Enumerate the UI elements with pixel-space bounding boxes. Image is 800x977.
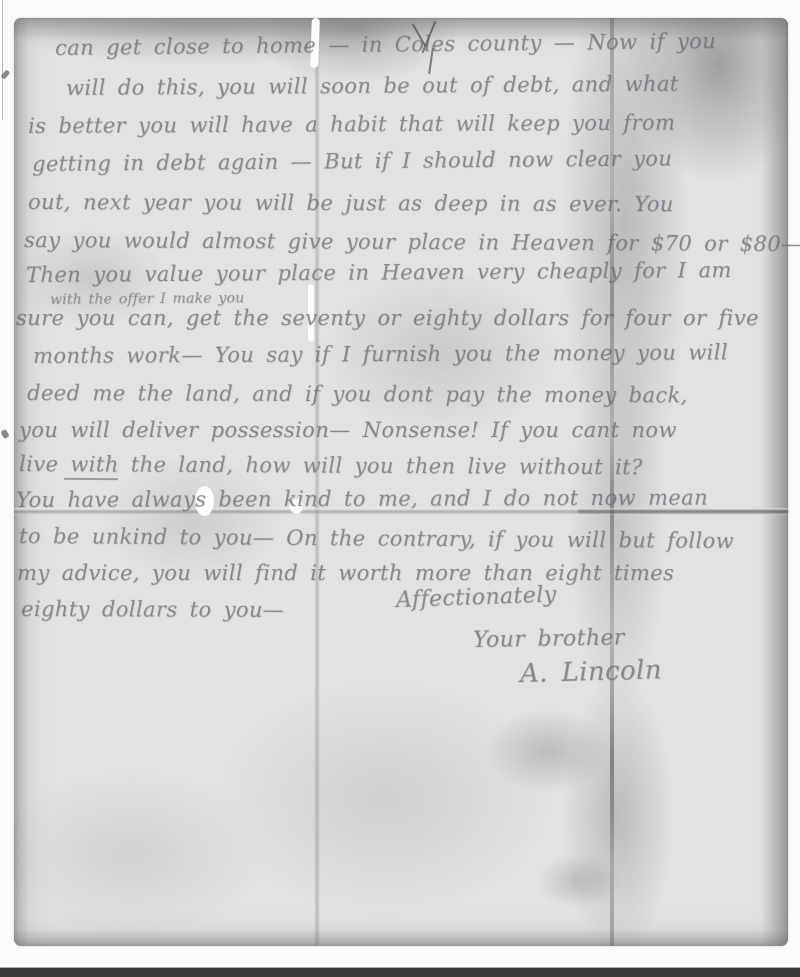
signoff: Your brother [473, 625, 625, 653]
letter-line-03: is better you will have a habit that wil… [28, 111, 675, 138]
letter-line-06: say you would almost give your place in … [24, 228, 800, 256]
letter-line-07: Then you value your place in Heaven very… [26, 258, 732, 287]
signature: A. Lincoln [520, 655, 663, 689]
letter-line-09: months work— You say if I furnish you th… [33, 340, 728, 368]
letter-line-12: live with the land, how will you then li… [19, 452, 643, 479]
letter-line-16: eighty dollars to you— [21, 597, 284, 622]
underline-with [64, 478, 118, 480]
letter-line-04: getting in debt again — But if I should … [32, 146, 672, 176]
letter-line-10: deed me the land, and if you dont pay th… [27, 381, 688, 407]
scan-artifact-line [2, 0, 3, 120]
closing: Affectionately [396, 582, 557, 613]
letter-line-01: can get close to home — in Coles county … [55, 29, 716, 60]
letter-line-13: You have always been kind to me, and I d… [16, 486, 708, 512]
letter-line-05: out, next year you will be just as deep … [28, 190, 674, 216]
margin-pencil-mark [0, 429, 9, 439]
letter-paper: can get close to home — in Coles county … [14, 18, 788, 946]
letter-line-14: to be unkind to you— On the contrary, if… [19, 524, 734, 553]
letter-line-15: my advice, you will find it worth more t… [17, 561, 674, 585]
scanner-edge-strip [0, 968, 800, 977]
letter-line-11: you will deliver possession— Nonsense! I… [19, 418, 677, 442]
letter-scan: can get close to home — in Coles county … [0, 0, 800, 977]
letter-line-08: sure you can, get the seventy or eighty … [16, 306, 759, 330]
letter-line-02: will do this, you will soon be out of de… [66, 72, 679, 100]
